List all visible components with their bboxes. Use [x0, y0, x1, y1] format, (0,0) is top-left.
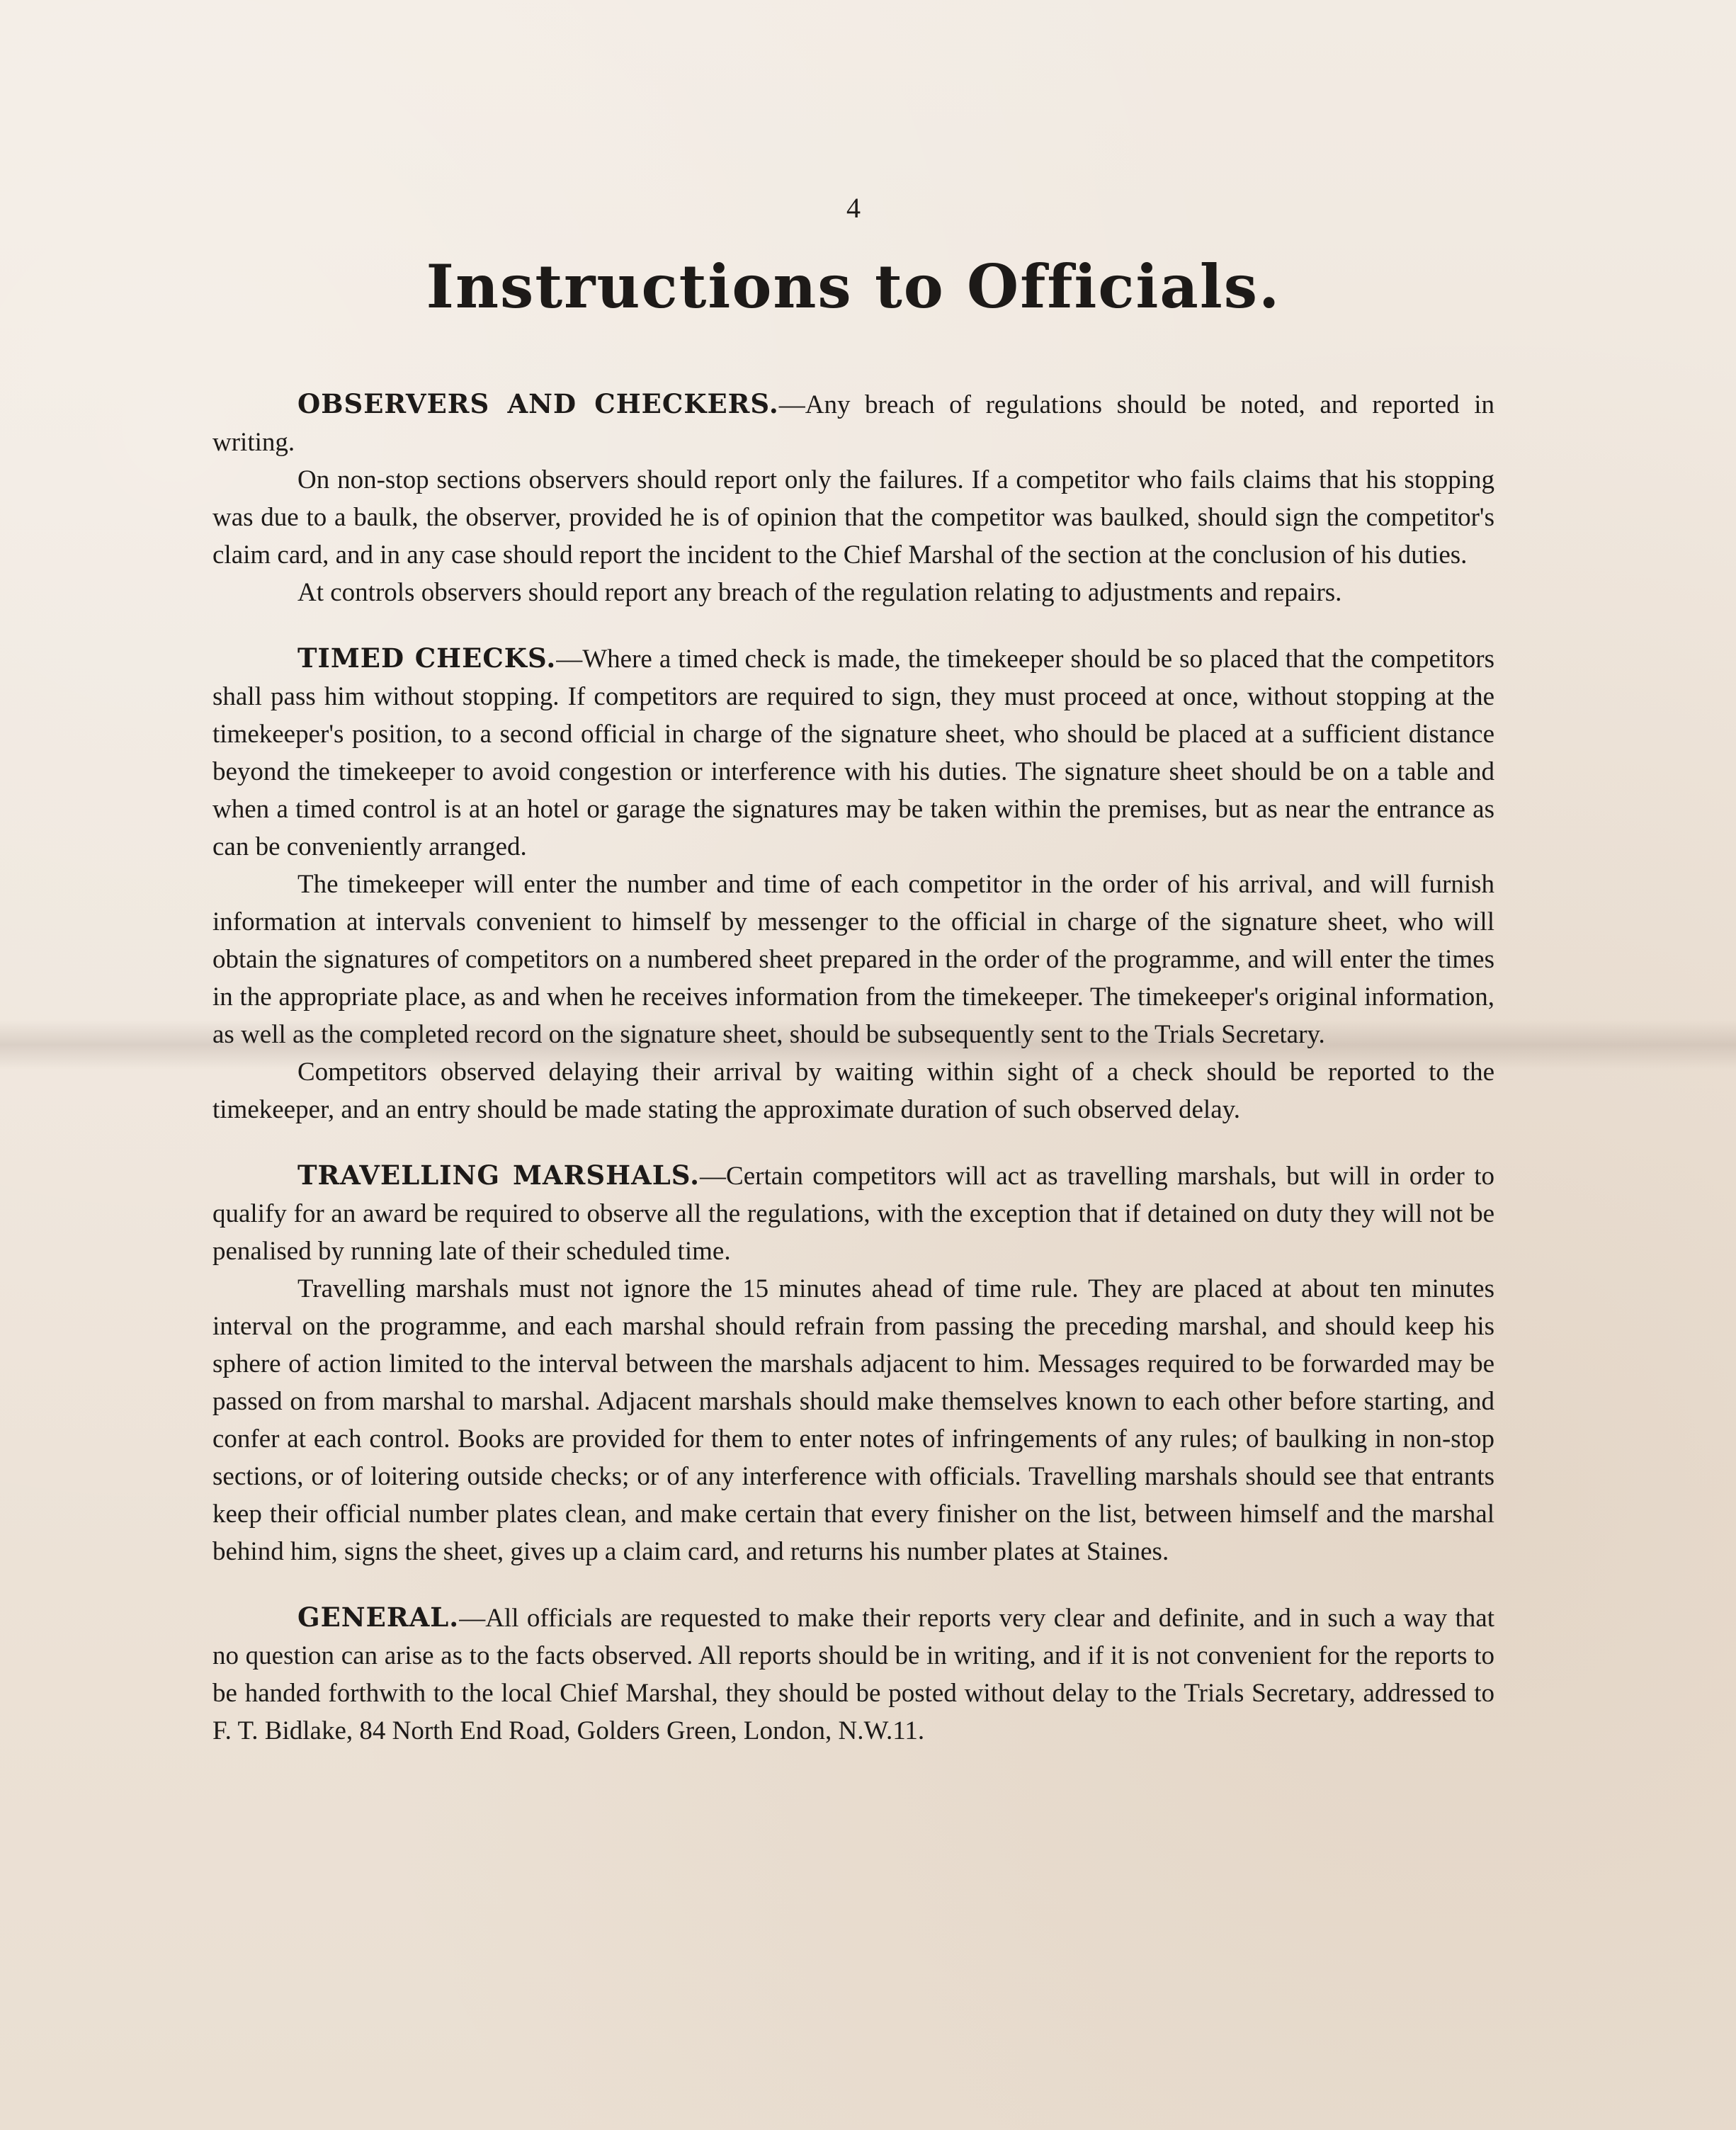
document-body: 4 Instructions to Officials. OBSERVERS A… — [212, 191, 1494, 1778]
page-title: Instructions to Officials. — [212, 251, 1494, 322]
section-heading: GENERAL. — [297, 1602, 459, 1633]
paragraph: TRAVELLING MARSHALS.—Certain competitors… — [212, 1157, 1494, 1270]
section-heading: TRAVELLING MARSHALS. — [297, 1160, 700, 1191]
section-heading: OBSERVERS AND CHECKERS. — [297, 388, 779, 419]
paragraph: At controls observers should report any … — [212, 574, 1494, 611]
paragraph: Competitors observed delaying their arri… — [212, 1053, 1494, 1128]
section-general: GENERAL.—All officials are requested to … — [212, 1599, 1494, 1750]
paragraph: TIMED CHECKS.—Where a timed check is mad… — [212, 640, 1494, 866]
paragraph: Travelling marshals must not ignore the … — [212, 1270, 1494, 1570]
section-timed-checks: TIMED CHECKS.—Where a timed check is mad… — [212, 640, 1494, 1128]
paragraph: GENERAL.—All officials are requested to … — [212, 1599, 1494, 1750]
page-number: 4 — [212, 191, 1494, 225]
section-travelling-marshals: TRAVELLING MARSHALS.—Certain competitors… — [212, 1157, 1494, 1570]
paragraph: OBSERVERS AND CHECKERS.—Any breach of re… — [212, 385, 1494, 461]
paragraph: The timekeeper will enter the number and… — [212, 866, 1494, 1053]
section-observers-and-checkers: OBSERVERS AND CHECKERS.—Any breach of re… — [212, 385, 1494, 611]
paragraph: On non-stop sections observers should re… — [212, 461, 1494, 574]
section-heading: TIMED CHECKS. — [297, 642, 556, 674]
